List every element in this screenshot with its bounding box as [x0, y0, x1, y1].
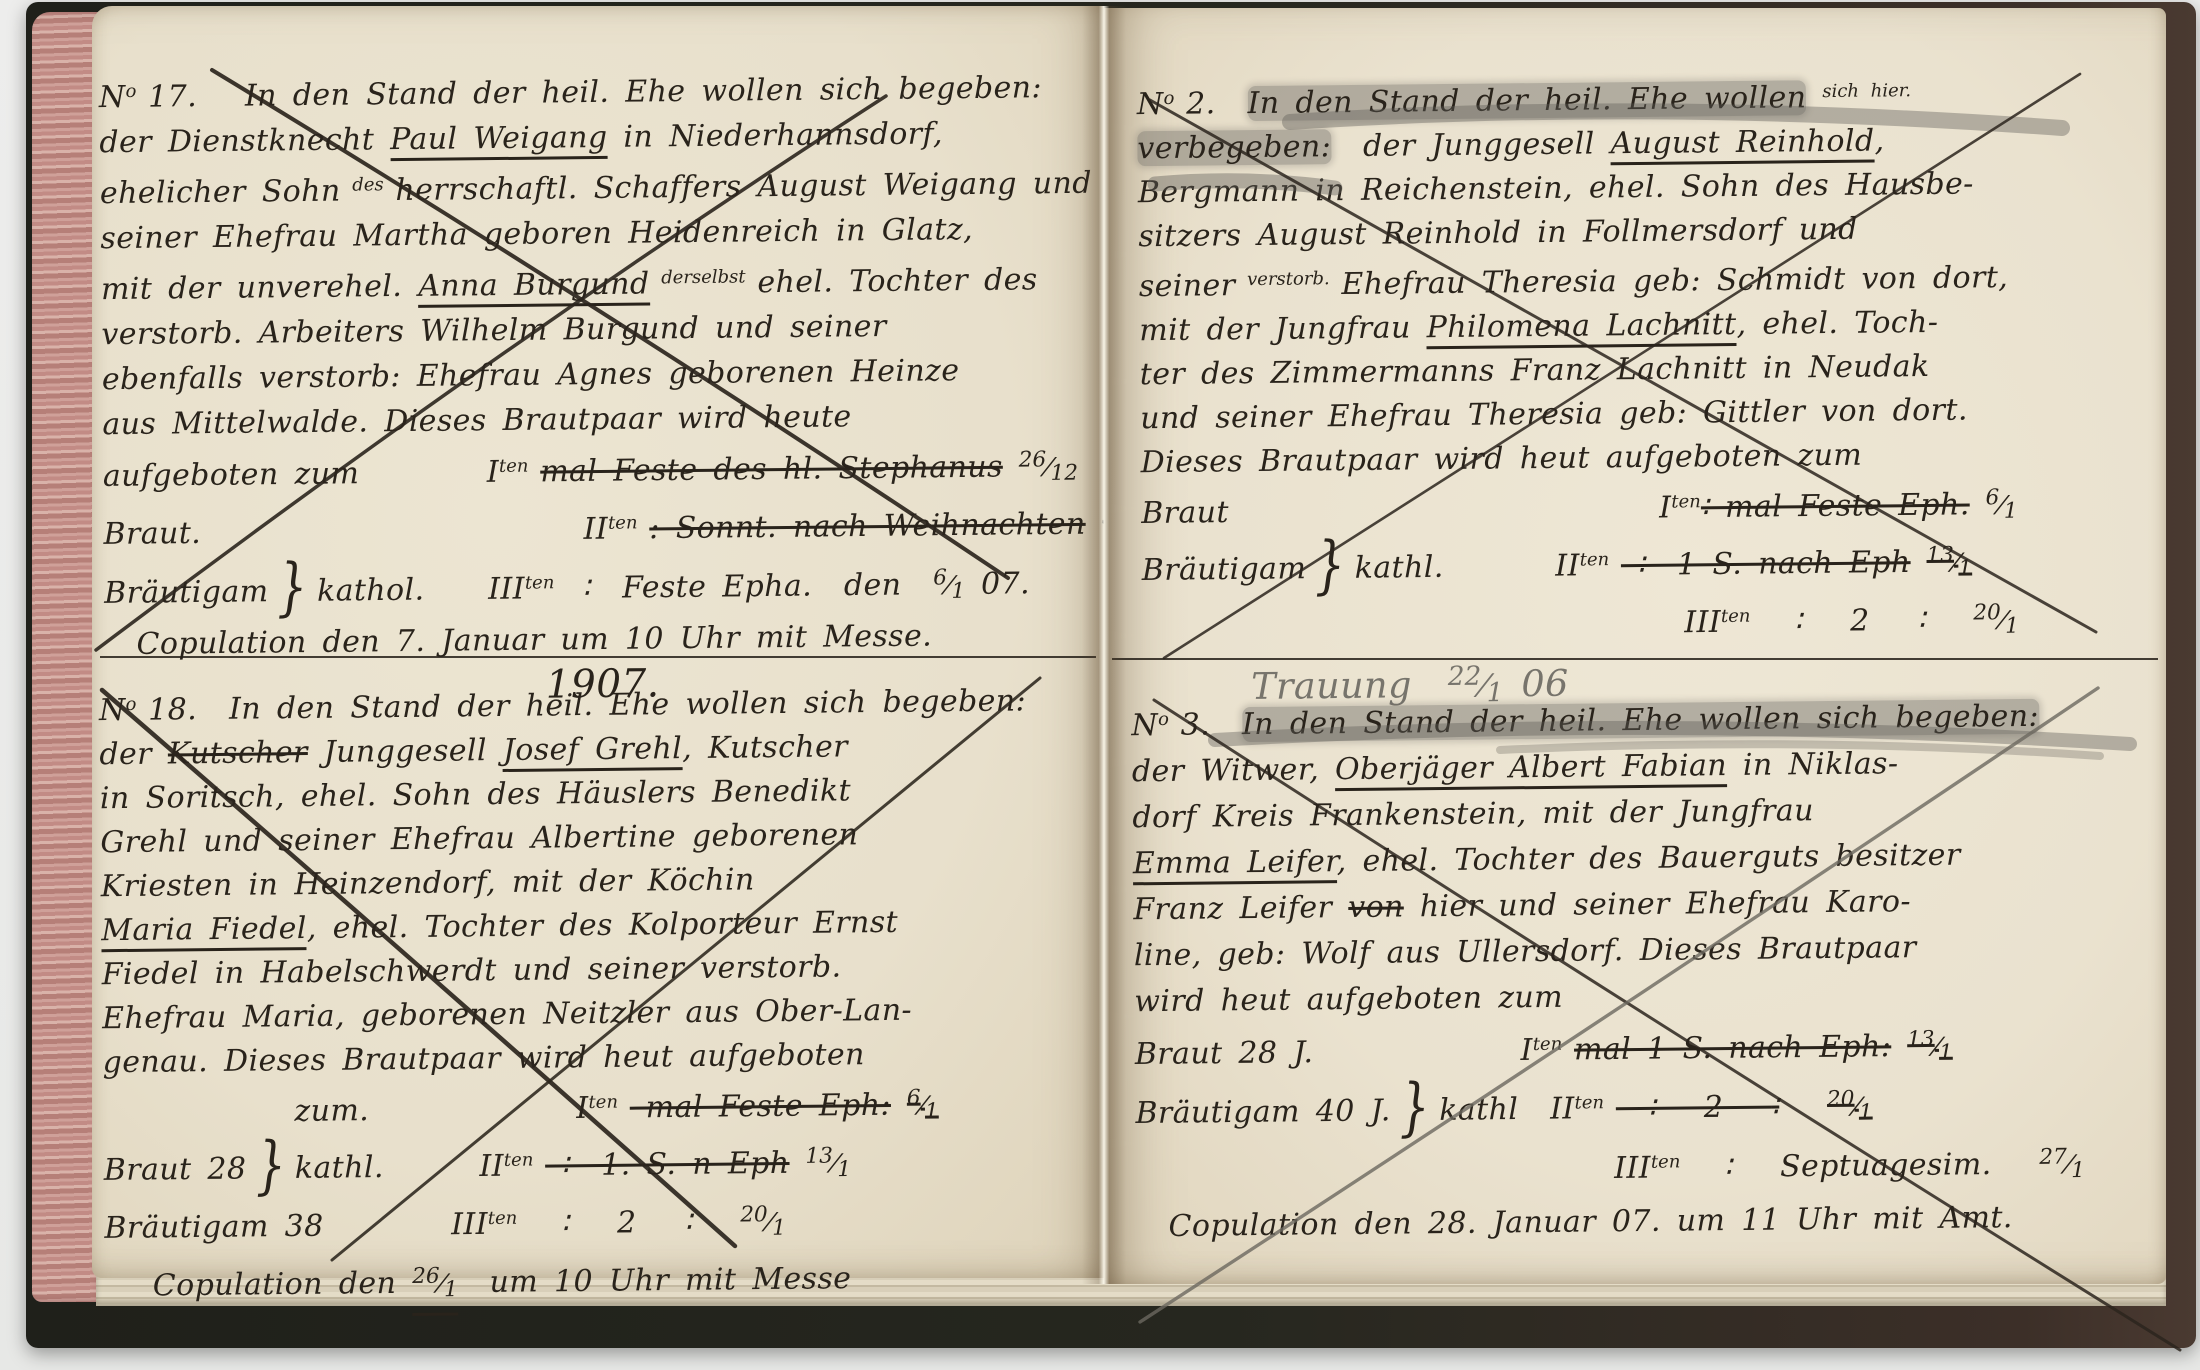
handwritten-text: I [576, 1091, 589, 1126]
handwritten-text: ∶ Septuagesim. [1692, 1147, 2040, 1186]
handwritten-text: ten [499, 455, 540, 476]
handwritten-text: ten [1721, 606, 1762, 627]
handwritten-text: Bergmann in Reichenstein, ehel. Sohn des… [1138, 166, 1974, 210]
handwritten-text: o [125, 81, 148, 102]
handwritten-text: Messe [752, 1261, 851, 1297]
handwritten-text: in Niederhannsdorf, [607, 116, 943, 155]
handwritten-text: ∶ 2 [1616, 1090, 1772, 1127]
handwritten-text: , ehel. Toch- [1736, 305, 1938, 342]
handwritten-text: 13⁄1 [1926, 534, 1972, 592]
handwritten-text: der Dienstknecht [99, 122, 390, 160]
handwritten-text: derselbst [649, 266, 757, 288]
handwritten-text: 6⁄1 [933, 555, 965, 614]
entry-no-2: No 2. In den Stand der heil. Ehe wollen … [1137, 67, 2144, 719]
handwritten-text: in Soritsch, ehel. Sohn des Häuslers Ben… [100, 773, 851, 816]
register-line: Copulation den 26⁄1 um 10 Uhr mit Messe [105, 1247, 1101, 1319]
handwritten-text: III [451, 1207, 488, 1242]
handwritten-text: kathl [1439, 1092, 1550, 1128]
handwritten-text: ten [588, 1091, 629, 1112]
handwritten-text: 2. [1186, 86, 1248, 122]
handwritten-text: Braut [1141, 490, 1659, 530]
handwritten-text: Philomena Lachnitt [1426, 307, 1736, 349]
handwritten-text: 26⁄1 [412, 1254, 458, 1316]
handwritten-text: Anna Burgund [418, 266, 650, 307]
handwritten-text: III [1684, 605, 1721, 640]
handwritten-text [1910, 545, 1926, 580]
handwritten-text: ter des Zimmermanns Franz Lachnitt in Ne… [1140, 349, 1930, 392]
handwritten-text: , ehel. Tochter des Kolporteur Ernst [307, 905, 899, 946]
register-line: No 3. In den Stand der heil. Ehe wollen … [1131, 687, 2141, 749]
handwritten-text: herrschaftl. Schaffers August Weigang un… [395, 166, 1092, 208]
handwritten-text: ehelicher Sohn [100, 173, 341, 211]
handwritten-text: sich hier. [1822, 80, 1911, 102]
register-line: Braut 28 J. Iten mal 1 S. nach Eph: 13⁄1 [1135, 1015, 2146, 1085]
handwritten-text: Grehl und seiner Ehefrau Albertine gebor… [100, 817, 858, 860]
handwritten-text: In den Stand der heil. Ehe wollen [1247, 80, 1806, 121]
handwritten-text: line, geb: Wolf aus Ullersdorf. Dieses B… [1134, 930, 1917, 973]
handwritten-text: Oberjäger Albert Fabian [1335, 748, 1727, 791]
handwritten-text: 13⁄1 [1907, 1017, 1953, 1077]
handwritten-text: ∶ 1 S. nach Eph [1621, 545, 1911, 583]
handwritten-text: Ehefrau Maria, geborenen Neitzler aus Ob… [102, 993, 912, 1036]
handwritten-text [891, 1087, 907, 1122]
handwritten-text: ten [1651, 1151, 1692, 1172]
entry-no-17: No 17. In den Stand der heil. Ehe wollen… [99, 59, 1101, 713]
register-line: Bräutigam 38 IIIten ∶ 2 ∶ 20⁄1 [104, 1190, 1100, 1258]
handwritten-text: , ehel. Tochter des Bauerguts besitzer [1336, 838, 1960, 880]
handwritten-text: : Sonnt. nach Weihnachten [649, 507, 1086, 547]
register-line: Bräutigam}kathl. IIten ∶ 1 S. nach Eph 1… [1142, 532, 2143, 600]
handwritten-text: ∶ 2 ∶ [529, 1204, 741, 1241]
handwritten-text [1136, 1151, 1614, 1191]
handwritten-text: und seiner Ehefrau Theresia geb: Gittler… [1140, 392, 1968, 436]
left-page: No 17. In den Stand der heil. Ehe wollen… [92, 6, 1104, 1278]
handwritten-text: kathl. [1355, 549, 1556, 586]
register-line: Braut. IIten : Sonnt. nach Weihnachten 3… [103, 495, 1099, 564]
handwritten-text: In den Stand der heil. Ehe wollen sich b… [1242, 699, 2039, 742]
handwritten-text: I [1659, 490, 1672, 525]
handwritten-text: Kriesten in Heinzendorf, mit der Köchin [101, 862, 755, 904]
entry-no-18: No 18. In den Stand der heil. Ehe wollen… [99, 673, 1101, 1320]
register-line: mit der unverehel. Anna Burgund derselbs… [101, 251, 1096, 312]
handwritten-text: mit der unverehel. [101, 269, 419, 307]
handwritten-text: N [99, 693, 126, 728]
handwritten-text: 20⁄1 [1973, 591, 2019, 649]
handwritten-text: um 10 Uhr mit [458, 1262, 753, 1300]
handwritten-text [1003, 449, 1019, 484]
handwritten-text: mal 1 S. nach Eph: [1574, 1029, 1892, 1067]
handwritten-text: Braut. [103, 512, 583, 552]
handwritten-text: des [340, 174, 395, 196]
handwritten-text: ebenfalls verstorb: Ehefrau Agnes gebore… [102, 353, 960, 397]
handwritten-text: Copulation den 28. Januar 07. um 11 Uhr … [1136, 1200, 2012, 1244]
handwritten-text: Braut 28 J. [1135, 1033, 1521, 1072]
handwritten-text: Bräutigam 38 [104, 1207, 451, 1246]
handwritten-text: N [1137, 87, 1164, 122]
handwritten-text: genau. Dieses Brautpaar wird heut aufgeb… [102, 1037, 864, 1080]
register-line: IIIten ∶ 2 ∶ 20⁄1 [1142, 590, 2143, 658]
handwritten-text: III [488, 571, 525, 606]
handwritten-text: aus Mittelwalde. Dieses Brautpaar wird h… [102, 399, 852, 442]
handwritten-text: ten [608, 513, 649, 534]
handwritten-text: II [1555, 549, 1580, 584]
handwritten-text: Franz Leifer [1133, 890, 1348, 927]
register-line: Braut 28}kathl. IIten ∶ 1. S. n Eph 13⁄1 [104, 1132, 1100, 1200]
entry-no-3: No 3. In den Stand der heil. Ehe wollen … [1131, 687, 2147, 1250]
handwritten-text: ∶ mal Feste Eph. [1701, 487, 1970, 525]
handwritten-text: verstorb. Arbeiters Wilhelm Burgund und … [101, 309, 887, 352]
handwritten-text: dorf Kreis Frankenstein, mit der Jungfra… [1132, 793, 1814, 835]
handwritten-text: II [1550, 1092, 1575, 1127]
handwritten-text: ∶ 1. S. n Eph [545, 1146, 790, 1184]
handwritten-text: 3. [1180, 707, 1242, 743]
handwritten-text: aufgeboten zum [103, 455, 487, 494]
handwritten-text: ∶ 2 ∶ [1762, 602, 1974, 639]
handwritten-text: Josef Grehl [503, 731, 683, 772]
handwritten-text: in Niklas- [1727, 746, 1899, 783]
handwritten-text: mit der Jungfrau [1139, 310, 1427, 348]
handwritten-text: mal Feste des hl. Stephanus [540, 449, 1003, 489]
handwritten-text: von [1348, 889, 1404, 925]
register-book-photo: No 17. In den Stand der heil. Ehe wollen… [0, 0, 2200, 1370]
handwritten-text [1970, 487, 1986, 522]
handwritten-text: 18. In den Stand der heil. Ehe wollen si… [148, 683, 1026, 727]
handwritten-text: Emma Leifer [1133, 844, 1337, 885]
handwritten-text: verbegeben: [1137, 129, 1331, 166]
handwritten-text: ten [504, 1150, 545, 1171]
handwritten-text: Ehefrau Theresia geb: Schmidt von dort, [1341, 260, 2008, 302]
handwritten-text: ∶ Feste Epha. den [566, 567, 934, 606]
handwritten-text: Kutscher [168, 735, 308, 771]
handwritten-text: , [1874, 123, 1884, 158]
handwritten-text: Bräutigam [104, 574, 269, 611]
handwritten-text: der Witwer, [1132, 752, 1336, 789]
handwritten-text: , Kutscher [682, 729, 848, 766]
handwritten-text: verstorb. [1235, 268, 1341, 290]
handwritten-text: o [1163, 88, 1186, 109]
handwritten-text: o [125, 694, 148, 715]
handwritten-text: 17. In den Stand der heil. Ehe wollen si… [148, 70, 1042, 114]
register-line: IIIten ∶ Septuagesim. 27⁄1 [1136, 1134, 2147, 1204]
handwritten-text: kathl. [295, 1149, 480, 1186]
handwritten-text: kathol. [317, 572, 489, 609]
handwritten-text: Copulation den [105, 1265, 413, 1303]
handwritten-text: sitzers August Reinhold in Follmersdorf … [1138, 212, 1858, 255]
handwritten-text: III [1614, 1151, 1651, 1186]
handwritten-text: 6⁄1 [1985, 476, 2017, 534]
entry-divider-left [100, 656, 1096, 658]
register-line: aufgeboten zum Iten mal Feste des hl. St… [103, 436, 1099, 505]
handwritten-text: der Junggesell [1331, 126, 1611, 164]
handwritten-text: ten [1671, 491, 1701, 512]
book-gutter-crease [1082, 6, 1126, 1284]
handwritten-text: ten [525, 572, 566, 593]
handwritten-text: Bräutigam 40 J. [1135, 1094, 1391, 1132]
right-page: No 2. In den Stand der heil. Ehe wollen … [1104, 8, 2166, 1284]
handwritten-text: II [479, 1149, 504, 1184]
handwritten-text: Braut 28 [104, 1152, 247, 1188]
handwritten-text [1142, 605, 1684, 646]
handwritten-text: Bräutigam [1142, 552, 1307, 589]
handwritten-text: N [99, 80, 126, 115]
handwritten-text: August Reinhold [1610, 123, 1874, 165]
handwritten-text [1806, 80, 1822, 115]
register-line: Bräutigam 40 J.}kathl IIten ∶ 2 ∶ 20⁄1 [1135, 1074, 2146, 1144]
handwritten-text: 13⁄1 [805, 1135, 851, 1193]
register-line: No 17. In den Stand der heil. Ehe wollen… [99, 59, 1094, 120]
handwritten-text: I [487, 454, 500, 489]
handwritten-text: 07. [965, 566, 1030, 602]
handwritten-text: N [1131, 708, 1158, 743]
handwritten-text: II [583, 512, 608, 547]
handwritten-text: seiner [1139, 268, 1236, 304]
handwritten-text [1891, 1029, 1907, 1064]
handwritten-text: o [1158, 709, 1181, 730]
handwritten-text: ten [1580, 549, 1621, 570]
entry-divider-right [1112, 658, 2158, 660]
handwritten-text: wird heut aufgeboten zum [1134, 980, 1563, 1019]
register-line: Braut Iten∶ mal Feste Eph. 6⁄1 [1141, 475, 2142, 543]
handwritten-text: Maria Fiedel [101, 911, 307, 952]
handwritten-text: ten [1574, 1093, 1615, 1114]
handwritten-text: 27⁄1 [2039, 1134, 2085, 1194]
handwritten-text: 20⁄1 [1827, 1077, 1873, 1137]
handwritten-text: 20⁄1 [740, 1193, 786, 1251]
handwritten-text [1779, 1089, 1827, 1124]
handwritten-text: ehel. Tochter des [757, 262, 1038, 300]
handwritten-text: hier und seiner Ehefrau Karo- [1404, 884, 1912, 924]
handwritten-text: I [1520, 1033, 1533, 1068]
handwritten-text: 6⁄1 [907, 1076, 939, 1134]
register-line: Bräutigam}kathol. IIIten ∶ Feste Epha. d… [104, 554, 1100, 623]
handwritten-text [789, 1146, 805, 1181]
register-line: zum. Iten mal Feste Eph: 6⁄1 [103, 1075, 1099, 1143]
handwritten-text: Fiedel in Habelschwerdt und seiner verst… [102, 949, 842, 992]
handwritten-text: der [99, 736, 168, 772]
handwritten-text: 26⁄12 [1018, 437, 1078, 496]
handwritten-text: Junggesell [308, 733, 503, 770]
handwritten-text: zum. [103, 1091, 576, 1131]
register-line: seiner verstorb. Ehefrau Theresia geb: S… [1139, 249, 2139, 309]
handwritten-text: ten [1533, 1033, 1574, 1054]
handwritten-text: seiner Ehefrau Martha geboren Heidenreic… [100, 212, 973, 256]
register-line: Copulation den 28. Januar 07. um 11 Uhr … [1136, 1193, 2146, 1250]
handwritten-text: Dieses Brautpaar wird heut aufgeboten zu… [1141, 437, 1863, 480]
handwritten-text: ten [488, 1208, 529, 1229]
register-line: No 18. In den Stand der heil. Ehe wollen… [99, 673, 1094, 733]
handwritten-text: Paul Weigang [390, 120, 608, 161]
handwritten-text: mal Feste Eph: [630, 1088, 892, 1126]
